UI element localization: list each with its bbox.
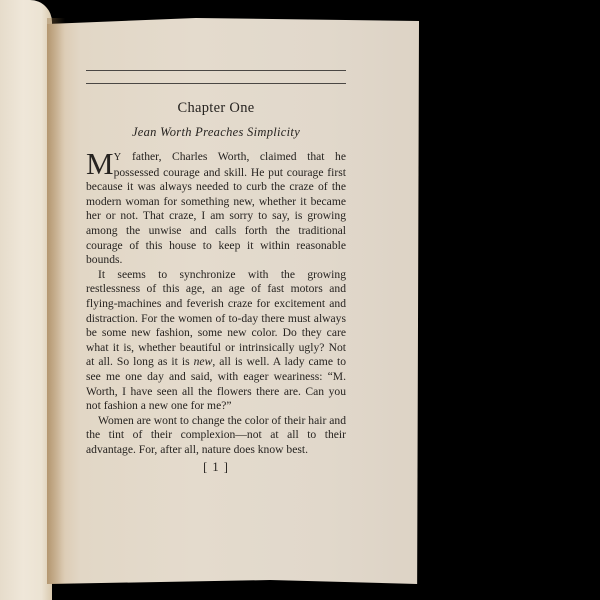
header-rule-bottom	[86, 83, 346, 84]
paragraph-1: MY father, Charles Worth, claimed that h…	[86, 150, 346, 268]
chapter-subtitle: Jean Worth Preaches Simplicity	[86, 125, 346, 140]
gutter-shadow	[47, 18, 65, 584]
left-page-curl	[0, 0, 52, 600]
photo-background: Chapter One Jean Worth Preaches Simplici…	[0, 0, 600, 600]
page-number: [ 1 ]	[86, 460, 346, 475]
page-content: Chapter One Jean Worth Preaches Simplici…	[86, 60, 346, 475]
chapter-title: Chapter One	[86, 100, 346, 117]
body-text: MY father, Charles Worth, claimed that h…	[86, 150, 346, 457]
drop-cap: M	[86, 151, 113, 176]
paragraph-1-text: father, Charles Worth, claimed that he p…	[86, 150, 346, 266]
paragraph-2-text-a: It seems to synchronize with the growing…	[86, 268, 346, 369]
paragraph-2: It seems to synchronize with the growing…	[86, 268, 346, 414]
header-rule-top	[86, 70, 346, 71]
paragraph-2-italic: new	[194, 355, 213, 368]
paragraph-3: Women are wont to change the color of th…	[86, 414, 346, 458]
